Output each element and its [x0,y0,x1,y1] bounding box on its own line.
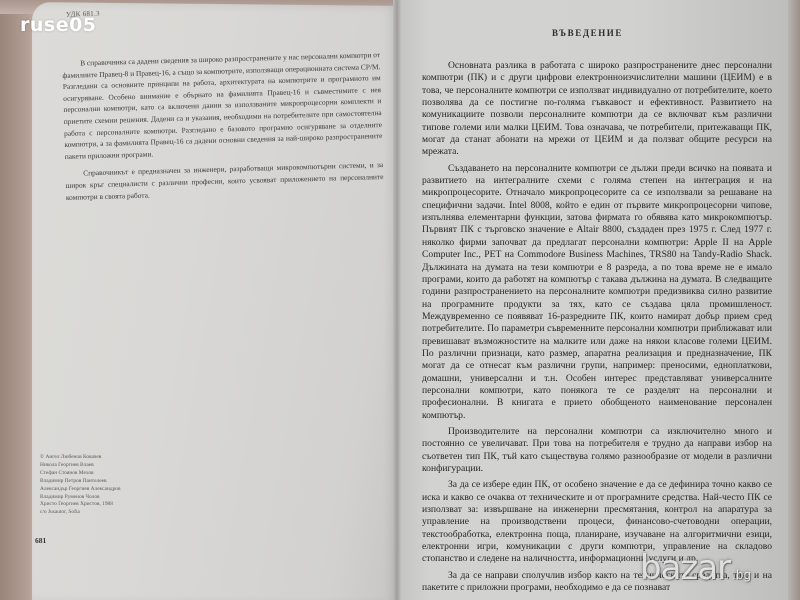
watermark-ruse05: ruse05 [20,14,97,36]
credit-line: Стефан Стоянов Мехов [40,470,121,478]
watermark-bazar-tld: .bg [732,568,751,582]
credit-line: Никола Георгиев Влаев [40,462,121,470]
credit-line: Владимир Руменов Чолов [40,494,121,502]
body-paragraph: Създаването на персоналните компютри се … [422,163,772,422]
page-number: 681 [35,536,46,545]
body-paragraph: Производителите на персонални компютри с… [422,426,772,475]
credit-line: © Ангел Любенов Ковачев [40,454,121,462]
book-gutter [393,0,401,600]
body-paragraph: Основната разлика в работата с широко ра… [422,60,772,159]
right-page-body: Основната разлика в работата с широко ра… [422,60,772,594]
credit-line: Владимир Петров Пантелеев [40,478,121,486]
credit-line: c/o Jusautor, Sofia [40,509,121,517]
left-page-abstract: В справочника са дадени сведения за широ… [62,49,384,203]
watermark-bazar-text: bazar [640,548,730,588]
copyright-credits: © Ангел Любенов Ковачев Никола Георгиев … [40,454,121,517]
watermark-bazar-logo: bazar.bg [640,551,751,592]
credit-line: Александър Георгиев Александров [40,486,121,494]
abstract-paragraph: В справочника са дадени сведения за широ… [62,49,383,162]
right-page-edge [788,0,800,600]
chapter-title: ВЪВЕДЕНИЕ [552,28,623,38]
